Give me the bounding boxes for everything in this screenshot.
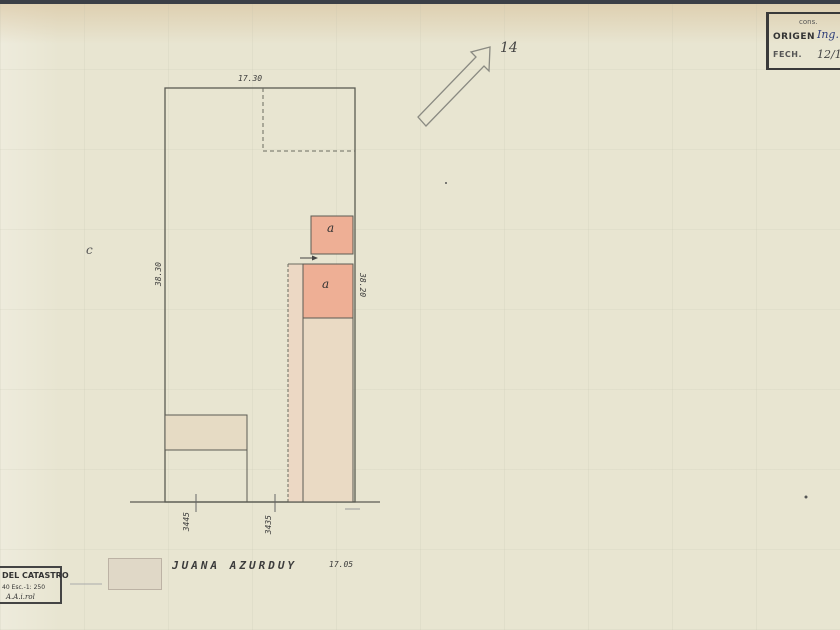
fecha-value: 12/1 [817,48,840,61]
building-left-lower [165,450,247,502]
building-left-upper [165,415,247,450]
origen-label: ORIGEN [773,32,815,42]
speck [805,496,808,499]
dimension-right: 38.20 [358,273,367,297]
fecha-label: FECH. [773,50,802,59]
speck [445,182,447,184]
north-arrow-icon [418,47,490,126]
door-number-3435: 3435 [264,515,273,534]
catastro-scale: 40 Esc.-1: 250 [2,584,45,591]
catastro-title: DEL CATASTRO [2,571,69,580]
dimension-top: 17.30 [238,74,262,83]
dashed-neighbor-outline [263,88,355,151]
pointer-arrowhead [312,256,318,261]
catastro-signature: A.A.i.rol [6,593,35,601]
faded-stamp [108,558,162,590]
origen-stamp: cons. ORIGEN FECH. Ing. 12/1 [766,12,840,70]
door-number-3445: 3445 [182,512,191,531]
unit-label-upper: a [327,221,334,235]
street-name: JUANA AZURDUY [172,559,297,572]
unit-label-lower: a [322,277,329,291]
origen-stamp-header: cons. [799,18,817,26]
street-length: 17.05 [329,560,353,569]
passage-strip [288,264,303,502]
origen-value: Ing. [817,28,839,41]
catastro-stamp: DEL CATASTRO 40 Esc.-1: 250 A.A.i.rol [0,566,62,604]
dimension-left: 38.30 [154,262,163,286]
plot-plan-drawing [0,0,840,630]
building-right-column [303,318,353,502]
north-arrow-label: 14 [500,40,518,56]
unit-a-lower [303,264,353,318]
margin-mark: c [86,243,93,257]
